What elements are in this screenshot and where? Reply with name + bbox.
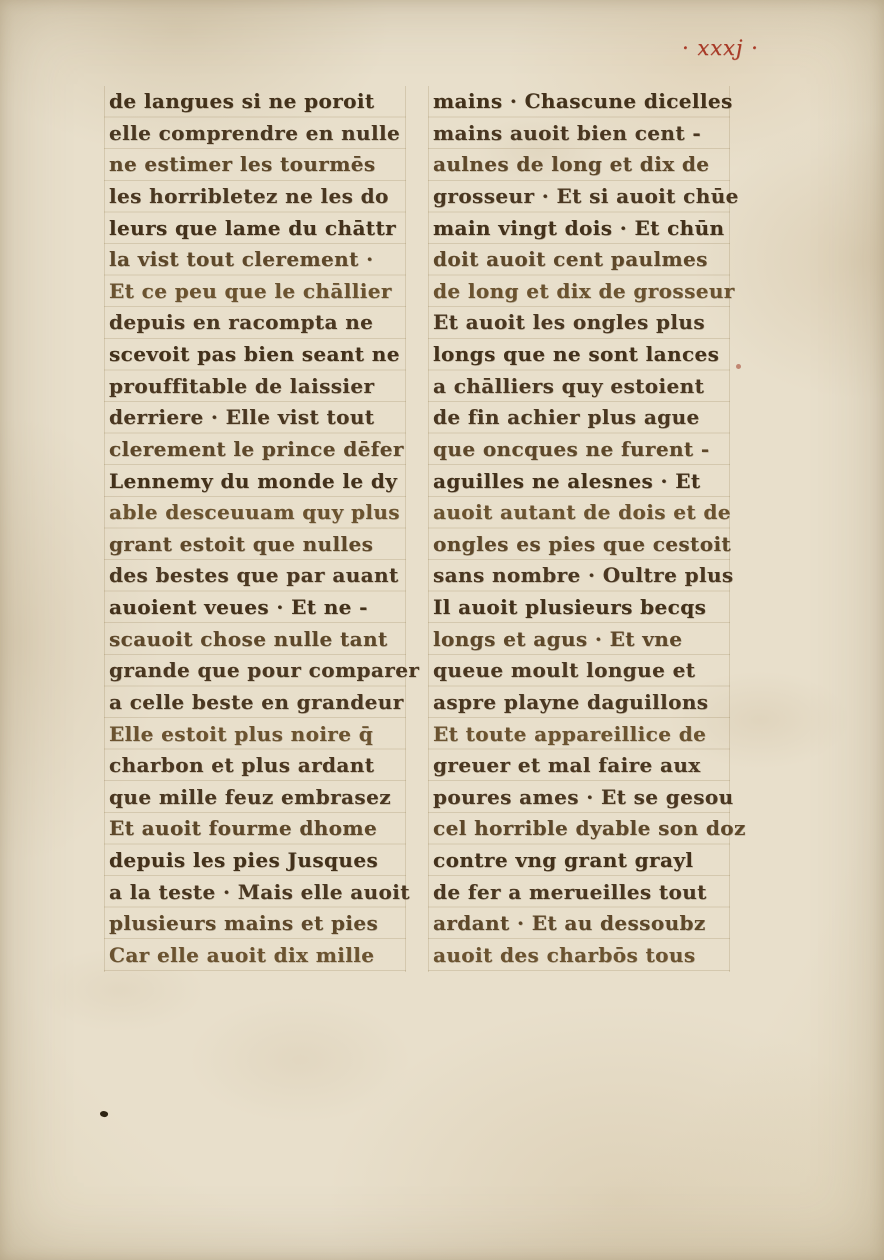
manuscript-text-line: mains · Chascune dicelles bbox=[433, 86, 725, 118]
folio-number: · xxxj · bbox=[682, 36, 759, 60]
manuscript-text-line: prouffitable de laissier bbox=[109, 371, 401, 403]
manuscript-text-line: a celle beste en grandeur bbox=[109, 687, 401, 719]
manuscript-text-line: doit auoit cent paulmes bbox=[433, 244, 725, 276]
manuscript-text-line: scauoit chose nulle tant bbox=[109, 624, 401, 656]
manuscript-text-line: leurs que lame du chāttr bbox=[109, 213, 401, 245]
manuscript-text-line: Elle estoit plus noire q̄ bbox=[109, 719, 401, 751]
manuscript-text-line: scevoit pas bien seant ne bbox=[109, 339, 401, 371]
manuscript-text-line: Et ce peu que le chāllier bbox=[109, 276, 401, 308]
manuscript-text-line: greuer et mal faire aux bbox=[433, 750, 725, 782]
red-stain-dot bbox=[736, 364, 741, 369]
manuscript-text-line: mains auoit bien cent - bbox=[433, 118, 725, 150]
text-column-left: de langues si ne poroitelle comprendre e… bbox=[104, 86, 406, 972]
manuscript-text-line: charbon et plus ardant bbox=[109, 750, 401, 782]
manuscript-text-line: auoit des charbōs tous bbox=[433, 940, 725, 972]
manuscript-text-line: de langues si ne poroit bbox=[109, 86, 401, 118]
manuscript-text-line: ongles es pies que cestoit bbox=[433, 529, 725, 561]
manuscript-text-line: Il auoit plusieurs becqs bbox=[433, 592, 725, 624]
manuscript-text-line: de fer a merueilles tout bbox=[433, 877, 725, 909]
manuscript-text-line: clerement le prince dēfer bbox=[109, 434, 401, 466]
manuscript-text-line: les horribletez ne les do bbox=[109, 181, 401, 213]
manuscript-text-line: que mille feuz embrasez bbox=[109, 782, 401, 814]
manuscript-text-line: grosseur · Et si auoit chūe bbox=[433, 181, 725, 213]
manuscript-text-line: de long et dix de grosseur bbox=[433, 276, 725, 308]
manuscript-text-line: Et toute appareillice de bbox=[433, 719, 725, 751]
manuscript-text-line: queue moult longue et bbox=[433, 655, 725, 687]
manuscript-text-line: main vingt dois · Et chūn bbox=[433, 213, 725, 245]
manuscript-text-line: longs que ne sont lances bbox=[433, 339, 725, 371]
manuscript-text-line: derriere · Elle vist tout bbox=[109, 402, 401, 434]
text-column-right: mains · Chascune dicellesmains auoit bie… bbox=[428, 86, 730, 972]
manuscript-text-line: aguilles ne alesnes · Et bbox=[433, 466, 725, 498]
manuscript-text-line: a la teste · Mais elle auoit bbox=[109, 877, 401, 909]
manuscript-text-line: auoient veues · Et ne - bbox=[109, 592, 401, 624]
manuscript-text-line: depuis en racompta ne bbox=[109, 307, 401, 339]
manuscript-text-line: elle comprendre en nulle bbox=[109, 118, 401, 150]
manuscript-text-line: contre vng grant grayl bbox=[433, 845, 725, 877]
manuscript-text-line: ne estimer les tourmēs bbox=[109, 149, 401, 181]
manuscript-text-line: longs et agus · Et vne bbox=[433, 624, 725, 656]
manuscript-text-line: depuis les pies Jusques bbox=[109, 845, 401, 877]
manuscript-text-line: des bestes que par auant bbox=[109, 560, 401, 592]
manuscript-text-line: auoit autant de dois et de bbox=[433, 497, 725, 529]
manuscript-text-line: aspre playne daguillons bbox=[433, 687, 725, 719]
manuscript-text-line: aulnes de long et dix de bbox=[433, 149, 725, 181]
manuscript-text-line: cel horrible dyable son doz bbox=[433, 813, 725, 845]
manuscript-page: · xxxj · de langues si ne poroitelle com… bbox=[0, 0, 884, 1260]
manuscript-text-line: grande que pour comparer bbox=[109, 655, 401, 687]
manuscript-text-line: able desceuuam quy plus bbox=[109, 497, 401, 529]
manuscript-text-line: Et auoit fourme dhome bbox=[109, 813, 401, 845]
manuscript-text-line: que oncques ne furent - bbox=[433, 434, 725, 466]
manuscript-text-line: a chālliers quy estoient bbox=[433, 371, 725, 403]
manuscript-text-line: la vist tout clerement · bbox=[109, 244, 401, 276]
manuscript-text-line: sans nombre · Oultre plus bbox=[433, 560, 725, 592]
manuscript-text-line: ardant · Et au dessoubz bbox=[433, 908, 725, 940]
manuscript-text-line: grant estoit que nulles bbox=[109, 529, 401, 561]
ink-speck bbox=[99, 1110, 108, 1118]
manuscript-text-line: poures ames · Et se gesou bbox=[433, 782, 725, 814]
manuscript-text-line: plusieurs mains et pies bbox=[109, 908, 401, 940]
manuscript-text-line: Et auoit les ongles plus bbox=[433, 307, 725, 339]
manuscript-text-line: Lennemy du monde le dy bbox=[109, 466, 401, 498]
manuscript-text-line: de fin achier plus ague bbox=[433, 402, 725, 434]
manuscript-text-line: Car elle auoit dix mille bbox=[109, 940, 401, 972]
